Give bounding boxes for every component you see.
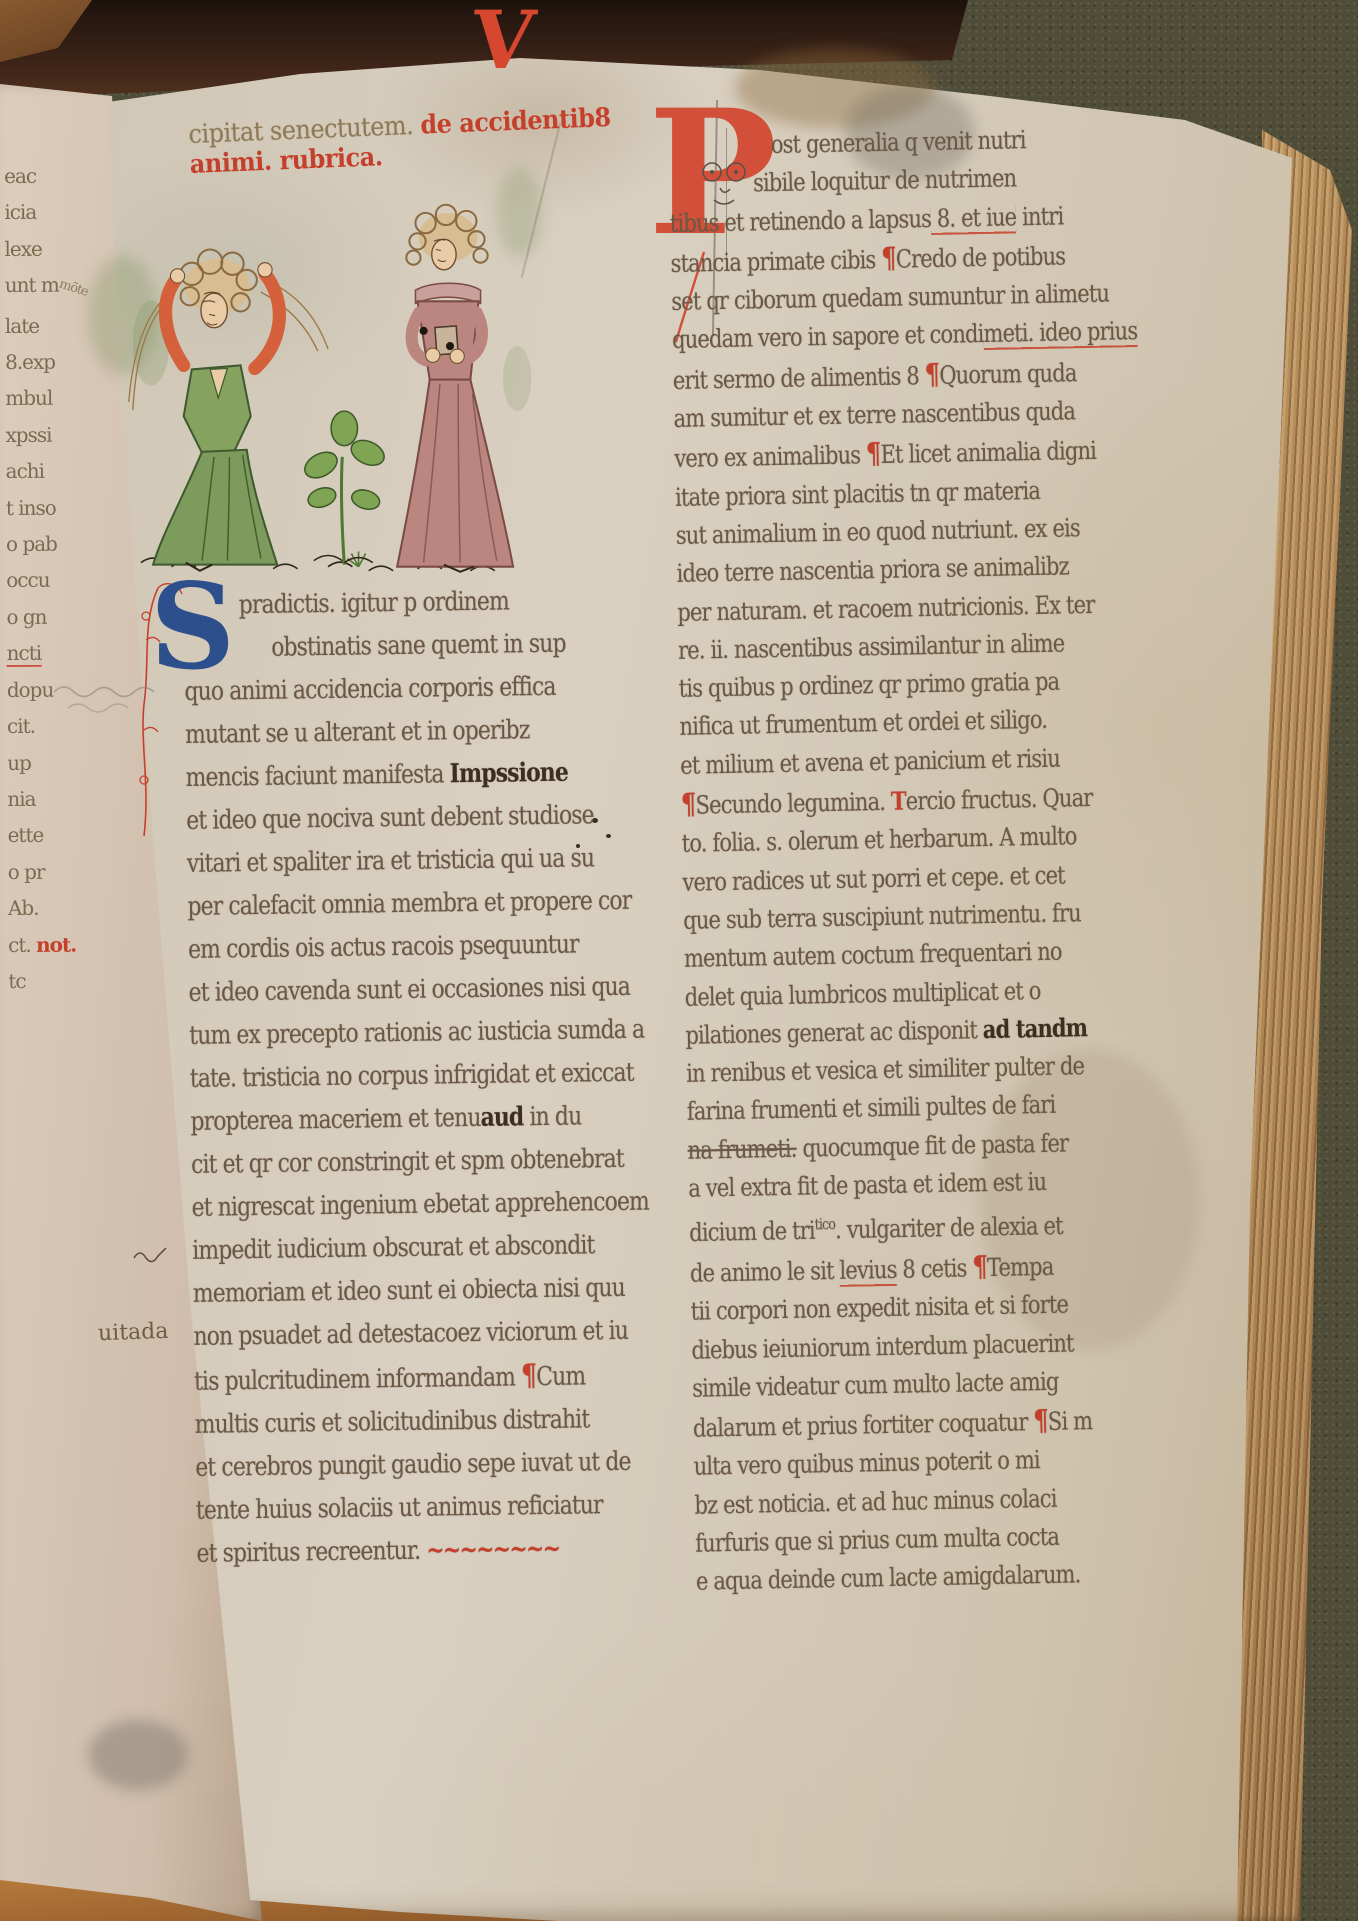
text-line: ette [7,817,97,854]
text-line: vitari et spaliter ira et tristicia qui … [187,836,658,886]
verso-edge-text-fragments: eacicialexeunt m mõtelate8.expmbulxpssia… [4,158,98,1000]
text-segment: achi [6,459,45,483]
text-segment: eac [4,164,36,188]
text-line: achi [6,453,96,490]
text-segment: unt m [5,273,59,297]
text-segment: ulta vero quibus minus poterit o mi [693,1446,1040,1482]
paragraph-mark: ¶ [1033,1403,1048,1437]
text-segment: e aqua deinde cum lacte amigdalarum. [696,1560,1081,1596]
text-segment: et milium et avena et panicium et risiu [680,743,1060,779]
text-segment: o pr [8,860,45,884]
text-segment: Impssione [449,758,568,790]
text-segment: farina frumenti et simili pultes de fari [687,1090,1056,1126]
text-line: non psuadet ad detestacoez viciorum et i… [193,1309,664,1359]
text-segment: Quorum quda [939,358,1077,390]
text-line: lexe [4,230,94,267]
text-line: et ideo que nociva sunt debent studiose [186,793,657,843]
text-line: ct. not. [8,926,98,963]
text-segment: per calefacit omnia membra et propere co… [187,886,631,922]
text-segment: vero ex animalibus [674,441,866,474]
text-segment: re. ii. nascentibus assimilantur in alim… [678,628,1065,664]
text-line: occu [6,562,96,599]
text-segment: cit et qr cor constringit et spm obteneb… [191,1144,624,1180]
text-segment: memoriam et ideo sunt ei obiecta nisi qu… [193,1273,625,1309]
text-line: obstinatis sane quemt in sup [271,621,655,669]
text-line: cit et qr cor constringit et spm obteneb… [191,1137,662,1187]
text-segment: non psuadet ad detestacoez viciorum et i… [193,1316,628,1352]
text-segment: Tempa [987,1252,1054,1282]
text-segment: T [891,787,906,816]
text-line: tis pulcritudinem informandam ¶Cum [194,1352,665,1404]
text-segment: et ideo que nociva sunt debent studiose [186,800,594,836]
text-segment: 8.exp [5,350,55,374]
text-segment: tum ex precepto rationis ac iusticia sum… [189,1015,644,1051]
text-segment: 8 cetis [896,1253,972,1283]
text-line: tate. tristicia no corpus infrigidat et … [190,1051,661,1101]
text-segment: vero radices ut sut porri et cepe. et ce… [682,860,1065,896]
text-segment: Credo de potibus [896,241,1066,273]
text-line: tum ex precepto rationis ac iusticia sum… [189,1008,660,1058]
text-segment: multis curis et solicitudinibus distrahi… [195,1404,590,1440]
text-segment: quocumque fit de pasta fer [796,1128,1068,1162]
text-segment: mutant se u alterant et in operibz [185,715,530,750]
text-segment: stancia primate cibis [670,245,881,278]
text-segment: nifica ut frumentum et ordei et siligo. [679,705,1047,741]
text-segment: mencis faciunt manifesta [185,759,449,793]
text-segment: pilationes generat ac disponit [685,1015,983,1050]
text-segment: lexe [4,237,41,261]
text-segment: sut animalium in eo quod nutriunt. ex ei… [676,513,1081,550]
text-line: mencis faciunt manifesta Impssione [185,750,656,800]
text-segment: dalarum et prius fortiter coquatur [693,1407,1034,1443]
text-segment: dopu [7,677,54,701]
text-segment: delet quia lumbricos multiplicat et o [684,976,1040,1012]
text-segment: mbul [5,386,52,410]
text-line: nia [7,780,97,817]
text-segment: et cerebros pungit gaudio sepe iuvat ut … [195,1447,631,1483]
text-segment: Si m [1048,1406,1093,1436]
text-segment: in du [523,1101,581,1132]
text-line: memoriam et ideo sunt ei obiecta nisi qu… [193,1266,664,1316]
text-segment: nia [7,787,35,811]
text-segment: mõte [54,267,93,311]
left-text-column: pradictis. igitur p ordinemobstinatis sa… [183,578,667,1575]
text-segment: Cum [536,1361,585,1392]
margin-pen-mark [130,1240,170,1266]
text-line: Ab. [8,890,98,927]
text-segment: late [5,313,39,337]
margin-note: uitada [98,1319,169,1346]
text-segment: em cordis ois actus racois psequuntur [188,930,579,965]
text-segment: in renibus et vesica et similiter pulter… [686,1051,1085,1088]
text-segment: pradictis. igitur p ordinem [239,586,510,620]
paragraph-mark: ¶ [924,357,939,391]
paragraph-mark: ¶ [521,1358,537,1393]
text-segment: meti. ideo prius [983,317,1137,349]
text-line: xpssi [5,416,95,453]
text-segment: to. folia. s. olerum et herbarum. A mult… [681,822,1076,859]
text-line: mutant se u alterant et in operibz [185,707,656,757]
text-segment: quo animi accidencia corporis effica [184,672,555,707]
text-segment: ercio fructus. Quar [905,783,1092,816]
text-segment: bz est noticia. et ad huc minus colaci [694,1484,1057,1520]
text-line: mbul [5,380,95,417]
text-segment: o pab [6,532,57,556]
text-line: up [7,744,97,781]
text-segment: Secundo legumina. [695,787,891,820]
text-segment: vitari et spaliter ira et tristicia qui … [187,843,595,879]
text-line: pradictis. igitur p ordinem [238,578,654,627]
text-segment: set qr ciborum quedam sumuntur in alimet… [671,279,1109,316]
text-line: propterea maceriem et tenuaud in du [190,1094,661,1144]
text-segment: obstinatis sane quemt in sup [271,629,566,663]
text-segment: de animo le sit [690,1256,840,1288]
text-line: tente huius solaciis ut animus reficiatu… [196,1483,667,1533]
text-line: t inso [6,489,96,526]
text-segment: ~~~~~~~~ [426,1534,559,1566]
text-line: impedit iudicium obscurat et abscondit [192,1223,663,1273]
text-line: quo animi accidencia corporis effica [184,664,655,714]
text-line: dopu [7,671,97,708]
text-segment: furfuris que si prius cum multa cocta [695,1522,1059,1558]
text-segment: erit sermo de alimentis 8 [673,361,925,395]
text-line: eac [4,158,94,195]
plant-seedling [300,411,388,565]
text-segment: et ideo cavenda sunt ei occasiones nisi … [188,972,630,1008]
text-segment: et nigrescat ingenium ebetat apprehencoe… [191,1187,649,1223]
text-segment: tis quibus p ordinez qr primo gratia pa [678,667,1059,703]
paragraph-mark: ¶ [681,787,696,821]
text-segment: sibile loquitur de nutrimen [753,164,1017,198]
manuscript-photo: V cipitat senectutem. de accidentib8 ani… [0,0,1358,1921]
text-segment: tis pulcritudinem informandam [194,1362,521,1397]
text-segment: ost generalia q venit nutri [771,125,1026,159]
text-line: 8.exp [5,344,95,381]
text-segment: per naturam. et racoem nutricionis. Ex t… [677,589,1095,626]
text-segment: itate priora sint placitis tn qr materia [675,476,1040,512]
text-segment: aud [480,1102,523,1133]
text-segment: na frumeti. [687,1133,797,1164]
text-segment: tii corpori non expedit nisita et si for… [690,1290,1068,1326]
text-segment: 8. et iue [931,202,1017,233]
text-line: o gn [6,598,96,635]
text-segment: quedam vero in sapore et condi [672,319,984,354]
text-line: late [5,307,95,344]
text-line: o pr [8,853,98,890]
text-segment: Et licet animalia digni [880,436,1096,469]
text-segment: tc [8,969,25,993]
gray-smudge [88,1720,188,1790]
text-line: et ideo cavenda sunt ei occasiones nisi … [188,965,659,1015]
quire-signature-letter: V [468,0,538,80]
right-text-column: ost generalia q venit nutrisibile loquit… [668,119,1167,1601]
text-line: multis curis et solicitudinibus distrahi… [194,1397,665,1447]
paragraph-mark: ¶ [972,1249,987,1283]
text-segment: o gn [6,605,46,629]
text-segment: ct. [8,932,36,956]
text-segment: intri [1016,201,1064,231]
text-line: unt m mõte [5,267,95,308]
text-segment: ideo terre nascentia priora se animalibz [676,552,1069,589]
paragraph-mark: ¶ [866,436,881,470]
text-line: et nigrescat ingenium ebetat apprehencoe… [191,1180,662,1230]
paragraph-mark: ¶ [881,241,896,275]
text-segment: levius [839,1255,897,1285]
text-segment: tibus et retinendo a lapsus [670,204,932,238]
text-segment: tente huius solaciis ut animus reficiatu… [196,1490,603,1526]
text-segment: up [7,750,31,774]
text-line: icia [4,194,94,231]
text-segment: simile videatur cum multo lacte amig [692,1367,1059,1403]
text-segment: a vel extra fit de pasta et idem est iu [688,1167,1046,1203]
text-line: o pab [6,526,96,563]
text-segment: ette [7,823,43,847]
text-segment: propterea maceriem et tenu [190,1103,481,1137]
text-segment: mentum autem coctum frequentari no [684,937,1062,973]
text-segment: not. [36,932,76,956]
text-line: cit. [7,708,97,745]
text-segment: xpssi [5,423,51,447]
text-segment: am sumitur et ex terre nascentibus quda [673,396,1075,433]
figure-woman-pink [397,205,513,572]
text-line: em cordis ois actus racois psequuntur [188,922,659,972]
text-segment: ncti [7,641,42,665]
text-segment: tico [814,1215,835,1233]
text-segment: icia [4,200,36,224]
text-line: ncti [6,635,96,672]
text-segment: . vulgariter de alexia et [835,1211,1063,1244]
text-segment: que sub terra suscipiunt nutrimentu. fru [683,898,1081,935]
text-line: per calefacit omnia membra et propere co… [187,879,658,929]
text-segment: dicium de tri [689,1216,815,1247]
text-segment: et spiritus recreentur. [196,1536,426,1569]
text-line: tc [8,962,98,999]
text-segment: cit. [7,714,35,738]
text-segment: occu [6,568,49,592]
text-segment: ad tandm [982,1013,1087,1044]
text-segment: diebus ieiuniorum interdum placuerint [691,1328,1074,1364]
figure-woman-green [129,249,328,570]
text-segment: t inso [6,495,56,519]
text-segment: tate. tristicia no corpus infrigidat et … [190,1058,634,1094]
text-line: et spiritus recreentur. ~~~~~~~~ [196,1526,667,1576]
text-segment: Ab. [8,896,39,920]
text-segment: impedit iudicium obscurat et abscondit [192,1230,595,1266]
illustration-two-women [112,160,540,585]
text-line: et cerebros pungit gaudio sepe iuvat ut … [195,1440,666,1490]
